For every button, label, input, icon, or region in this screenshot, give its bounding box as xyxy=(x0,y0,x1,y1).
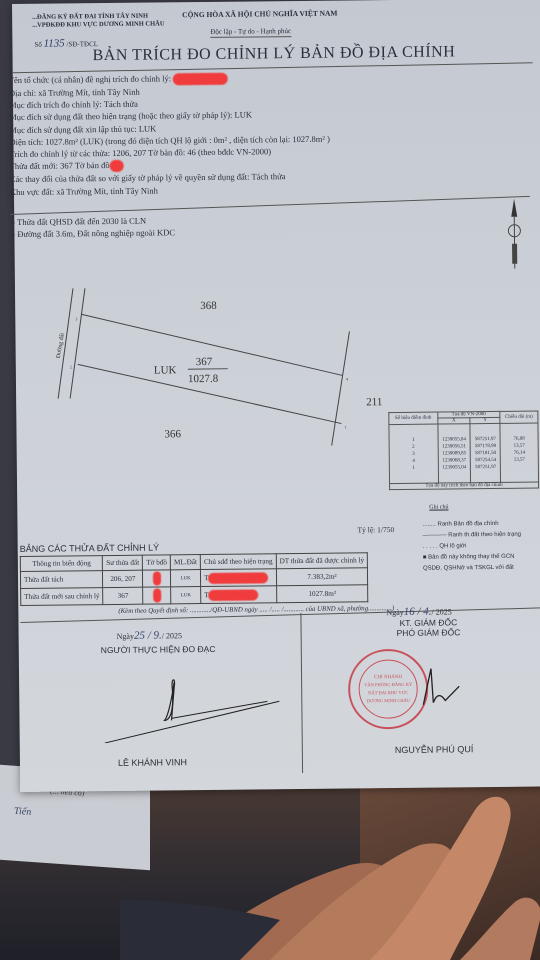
land-area-line: Khu vực đất: xã Trường Mít, tỉnh Tây Nin… xyxy=(10,182,331,198)
document-number: Số 1135 /SĐ-TĐCL xyxy=(34,37,98,50)
surveyor-date: Ngày25 / 9./ 2025 xyxy=(117,629,182,642)
table-row: Thửa đất mới sau chỉnh lý 367 LUK T 1027… xyxy=(21,585,368,606)
surveyor-name: LÊ KHÁNH VINH xyxy=(118,757,187,768)
redacted-owner xyxy=(208,572,268,584)
motto: Độc lập - Tự do - Hạnh phúc xyxy=(210,27,291,38)
agency-header: ...ĐĂNG KÝ ĐẤT ĐAI TỈNH TÂY NINH ...VPĐK… xyxy=(32,12,164,29)
parcel-368-label: 368 xyxy=(200,300,217,312)
notes-section: - Thửa đất QHSD đất đến 2030 là CLN - Đư… xyxy=(12,214,175,240)
underlying-handwriting: Tiến xyxy=(14,806,31,818)
svg-text:1: 1 xyxy=(344,425,346,430)
svg-text:4: 4 xyxy=(346,377,348,382)
parcel-366-label: 366 xyxy=(164,428,181,440)
land-type-label: LUK xyxy=(154,364,177,376)
hand-photo xyxy=(120,790,540,960)
document-title: BẢN TRÍCH ĐO CHỈNH LÝ BẢN ĐỒ ĐỊA CHÍNH xyxy=(92,43,455,65)
coordinate-footer: Tọa độ này trích theo bản đồ địa chính xyxy=(390,482,539,490)
north-arrow-icon xyxy=(504,199,525,269)
svg-text:DƯƠNG MINH CHÂU: DƯƠNG MINH CHÂU xyxy=(367,698,411,703)
cadastral-extract-document: ...ĐĂNG KÝ ĐẤT ĐAI TỈNH TÂY NINH ...VPĐK… xyxy=(12,0,540,792)
republic-header: CỘNG HÒA XÃ HỘI CHỦ NGHĨA VIỆT NAM xyxy=(182,9,337,20)
redacted-owner xyxy=(209,589,259,601)
svg-text:ĐẤT ĐAI KHU VỰC: ĐẤT ĐAI KHU VỰC xyxy=(368,690,408,695)
director-role: KT. GIÁM ĐỐC PHÓ GIÁM ĐỐC xyxy=(396,617,460,638)
parcel-info-section: Tên tổ chức (cá nhân) đề nghị trích đo c… xyxy=(9,71,331,198)
redacted-name xyxy=(173,73,228,86)
parcel-area-label: 1027.8 xyxy=(188,373,219,385)
map-scale: Tỷ lệ: 1/750 xyxy=(357,525,394,534)
svg-text:3: 3 xyxy=(75,316,77,321)
redacted-sheet xyxy=(109,160,123,172)
svg-text:CHI NHÁNH: CHI NHÁNH xyxy=(374,674,402,680)
svg-text:VĂN PHÒNG ĐĂNG KÝ: VĂN PHÒNG ĐĂNG KÝ xyxy=(364,682,413,688)
official-seal-icon: CHI NHÁNH VĂN PHÒNG ĐĂNG KÝ ĐẤT ĐAI KHU … xyxy=(347,648,430,731)
note-label: Ghi chú xyxy=(429,504,448,510)
parcel-211-label: 211 xyxy=(366,396,382,408)
coordinate-table: Số hiệu điểm đỉnh Tọa độ VN-2000 Chiều d… xyxy=(388,411,539,491)
signature-divider xyxy=(300,613,303,773)
redacted-sheet xyxy=(153,571,161,585)
svg-text:2: 2 xyxy=(70,364,72,369)
surveyor-role: NGƯỜI THỰC HIỆN ĐO ĐẠC xyxy=(101,644,216,655)
director-name: NGUYỄN PHÚ QUÍ xyxy=(395,744,474,755)
surveyor-signature xyxy=(79,661,300,743)
map-legend: ........ Ranh Bản đồ địa chính ———— Ranh… xyxy=(422,519,521,575)
parcel-table-title: BẢNG CÁC THỬA ĐẤT CHỈNH LÝ xyxy=(20,542,159,553)
parcel-map: 3 2 4 1 Đường đất 368 366 211 LUK 367 10… xyxy=(45,265,417,449)
director-date: Ngày16 / 4./ 2025 xyxy=(386,605,451,618)
parcel-table: Thông tin biến động Sư thửa đất Tờ bđồ M… xyxy=(20,552,369,606)
coordinate-rows: 12341 1239055,041239056,511239089,851239… xyxy=(389,423,539,484)
director-signature xyxy=(419,664,469,710)
redacted-sheet xyxy=(153,588,161,602)
divider xyxy=(10,196,530,215)
parcel-number-label: 367 xyxy=(196,356,213,368)
